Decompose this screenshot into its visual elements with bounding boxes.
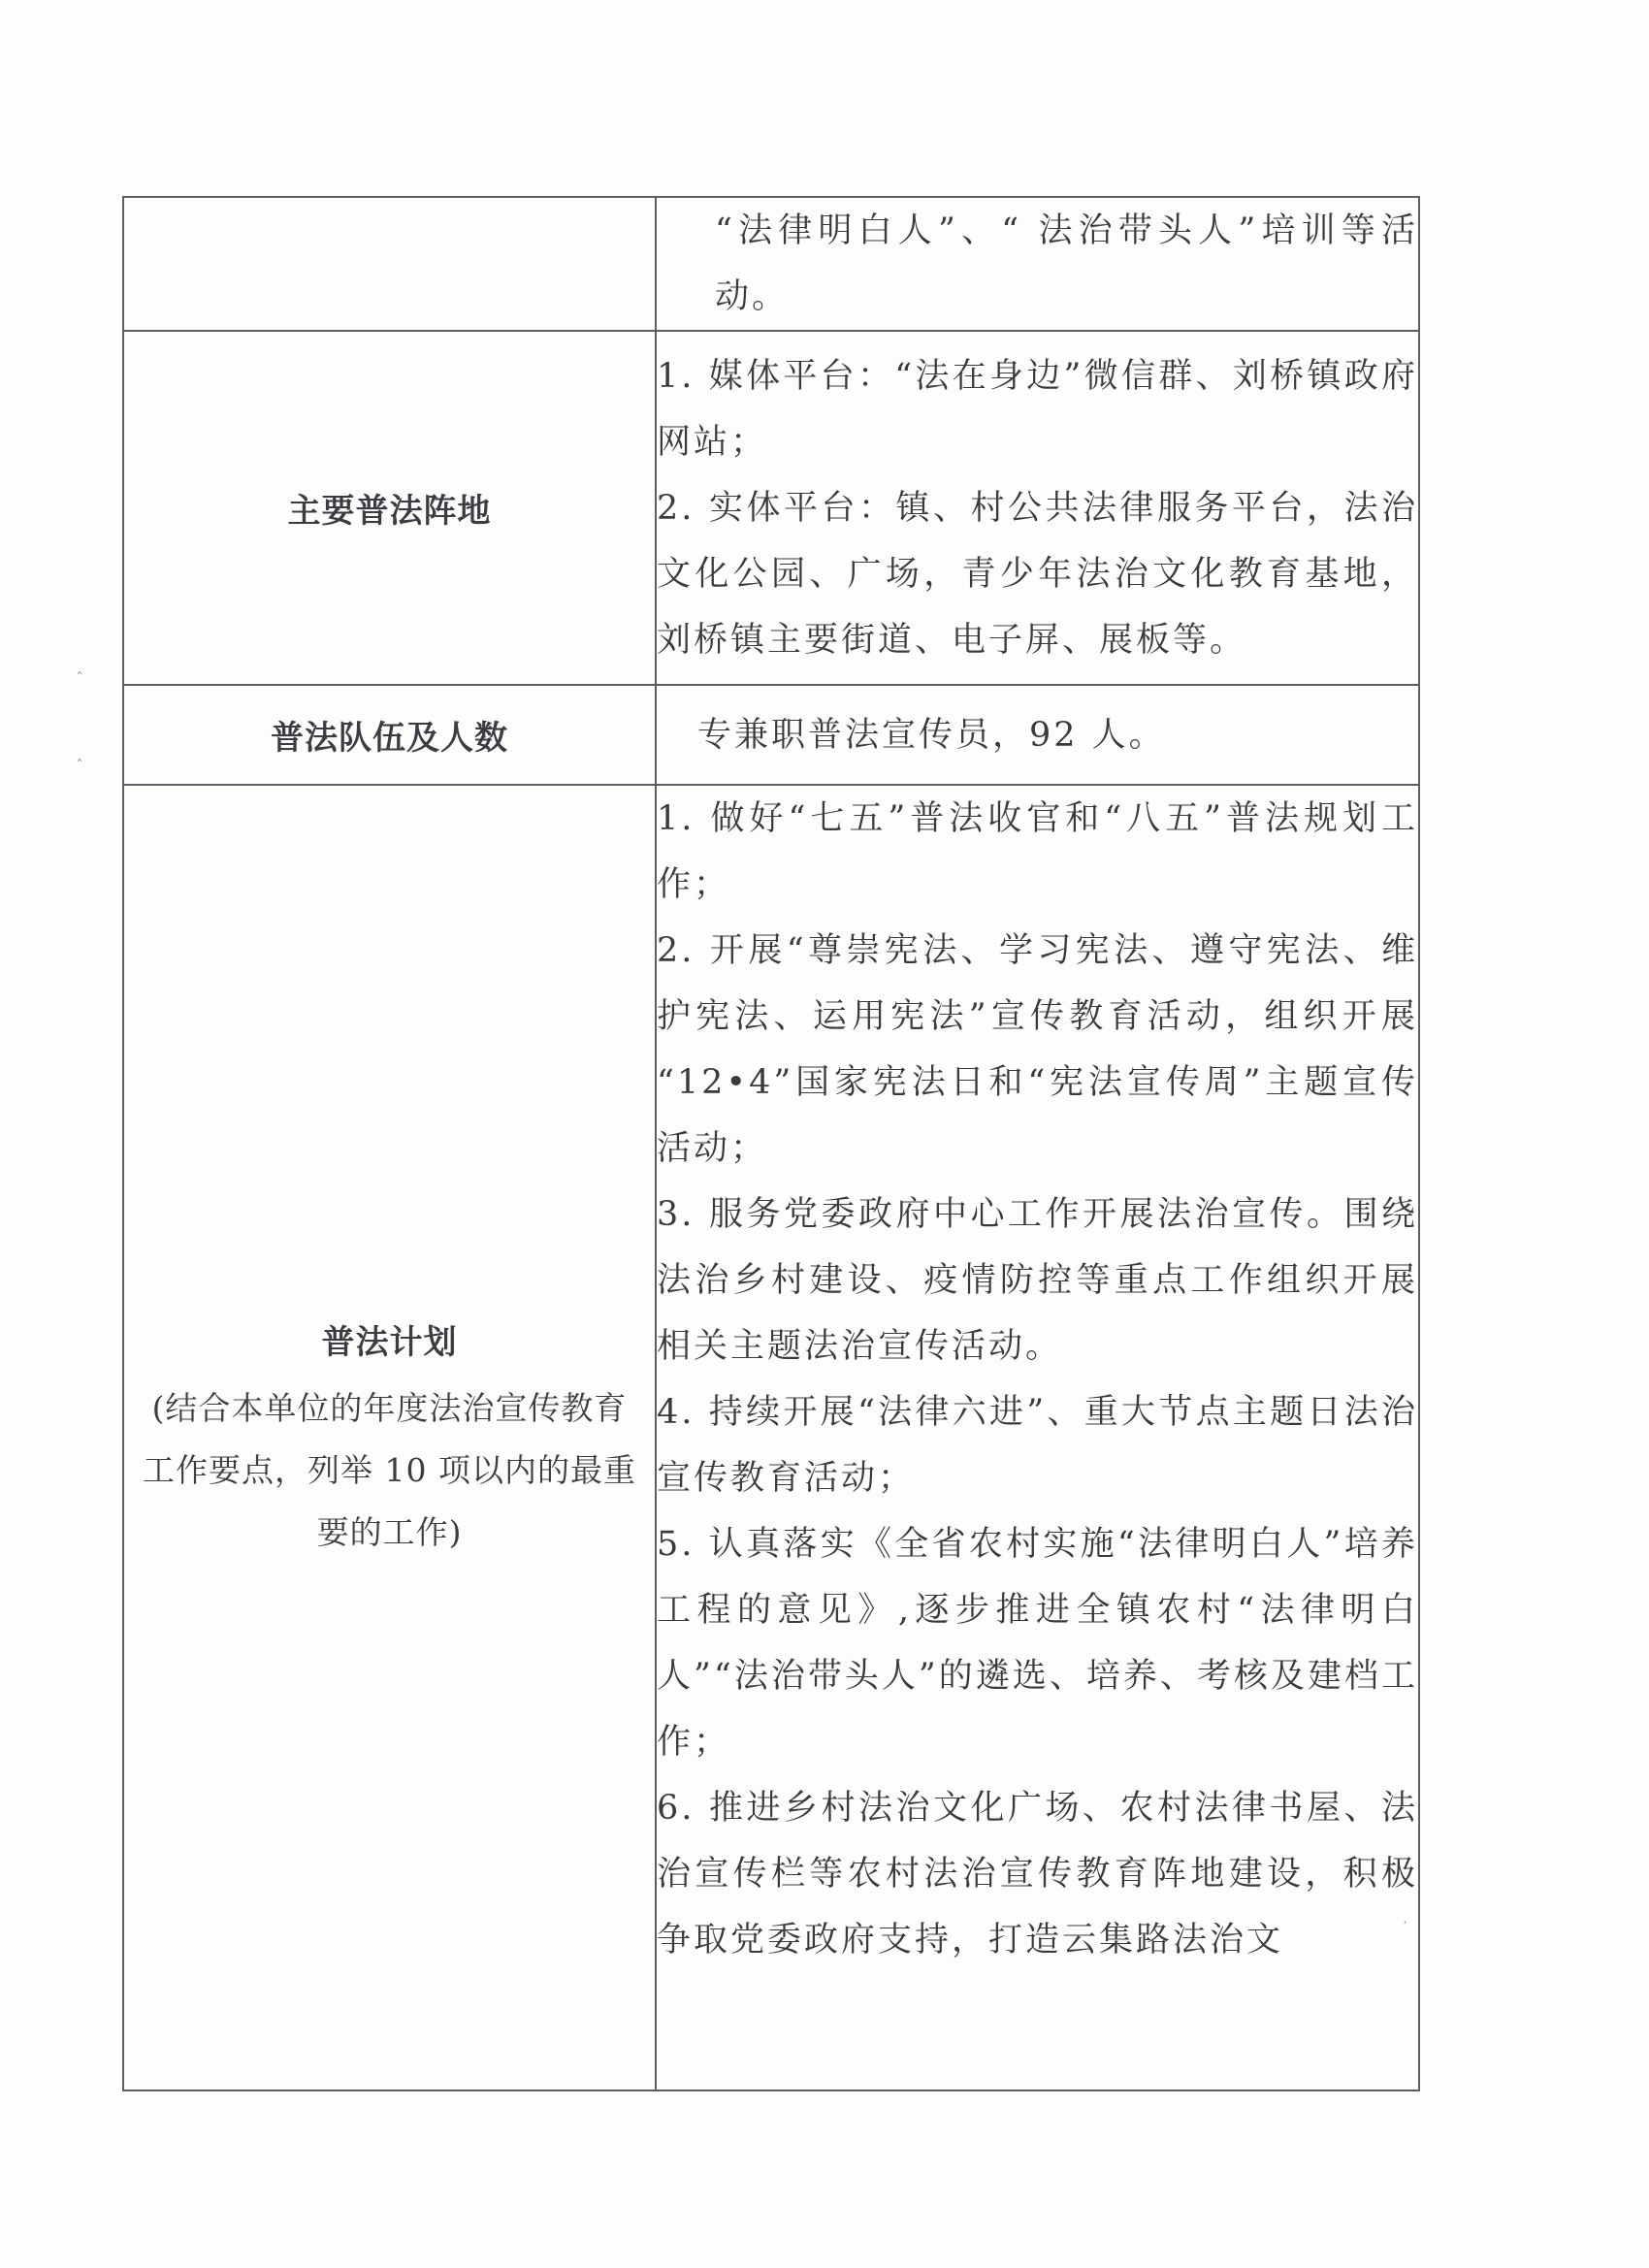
- plan-item-6: 6. 推进乡村法治文化广场、农村法律书屋、法治宣传栏等农村法治宣传教育阵地建设，…: [657, 1775, 1418, 1973]
- row-content: 1. 媒体平台：“法在身边”微信群、刘桥镇政府网站； 2. 实体平台：镇、村公共…: [656, 331, 1419, 685]
- plan-item-4: 4. 持续开展“法律六进”、重大节点主题日法治宣传教育活动；: [657, 1379, 1418, 1511]
- scan-artifact: ·: [1403, 1913, 1407, 1931]
- row-label-main-venues: 主要普法阵地: [123, 331, 656, 685]
- row-content: “法律明白人”、“ 法治带头人”培训等活动。: [656, 197, 1419, 331]
- row-label-team-size: 普法队伍及人数: [123, 685, 656, 785]
- content-paragraph: 专兼职普法宣传员，92 人。: [697, 702, 1418, 768]
- table-row: 普法计划 (结合本单位的年度法治宣传教育工作要点，列举 10 项以内的最重要的工…: [123, 785, 1419, 2090]
- row-label-empty: [123, 197, 656, 331]
- content-paragraph: “法律明白人”、“ 法治带头人”培训等活动。: [715, 198, 1418, 330]
- content-paragraph: 1. 媒体平台：“法在身边”微信群、刘桥镇政府网站；: [657, 343, 1418, 475]
- row-label-plan-note: (结合本单位的年度法治宣传教育工作要点，列举 10 项以内的最重要的工作): [124, 1377, 655, 1564]
- plan-table: “法律明白人”、“ 法治带头人”培训等活动。 主要普法阵地 1. 媒体平台：“法…: [122, 196, 1420, 2091]
- plan-item-2: 2. 开展“尊崇宪法、学习宪法、遵守宪法、维护宪法、运用宪法”宣传教育活动，组织…: [657, 918, 1418, 1182]
- scan-artifact: ˆ: [76, 757, 83, 775]
- plan-item-3: 3. 服务党委政府中心工作开展法治宣传。围绕法治乡村建设、疫情防控等重点工作组织…: [657, 1182, 1418, 1379]
- table-row: 主要普法阵地 1. 媒体平台：“法在身边”微信群、刘桥镇政府网站； 2. 实体平…: [123, 331, 1419, 685]
- row-label-plan: 普法计划 (结合本单位的年度法治宣传教育工作要点，列举 10 项以内的最重要的工…: [123, 785, 656, 2090]
- table-row: 普法队伍及人数 专兼职普法宣传员，92 人。: [123, 685, 1419, 785]
- table-row: “法律明白人”、“ 法治带头人”培训等活动。: [123, 197, 1419, 331]
- row-content: 专兼职普法宣传员，92 人。: [656, 685, 1419, 785]
- content-paragraph: 2. 实体平台：镇、村公共法律服务平台，法治文化公园、广场，青少年法治文化教育基…: [657, 475, 1418, 673]
- row-label-plan-title: 普法计划: [124, 1312, 655, 1374]
- plan-item-5: 5. 认真落实《全省农村实施“法律明白人”培养工程的意见》,逐步推进全镇农村“法…: [657, 1511, 1418, 1775]
- plan-item-1: 1. 做好“七五”普法收官和“八五”普法规划工作；: [657, 786, 1418, 918]
- scan-artifact: ˆ: [76, 669, 83, 688]
- row-content: 1. 做好“七五”普法收官和“八五”普法规划工作； 2. 开展“尊崇宪法、学习宪…: [656, 785, 1419, 2090]
